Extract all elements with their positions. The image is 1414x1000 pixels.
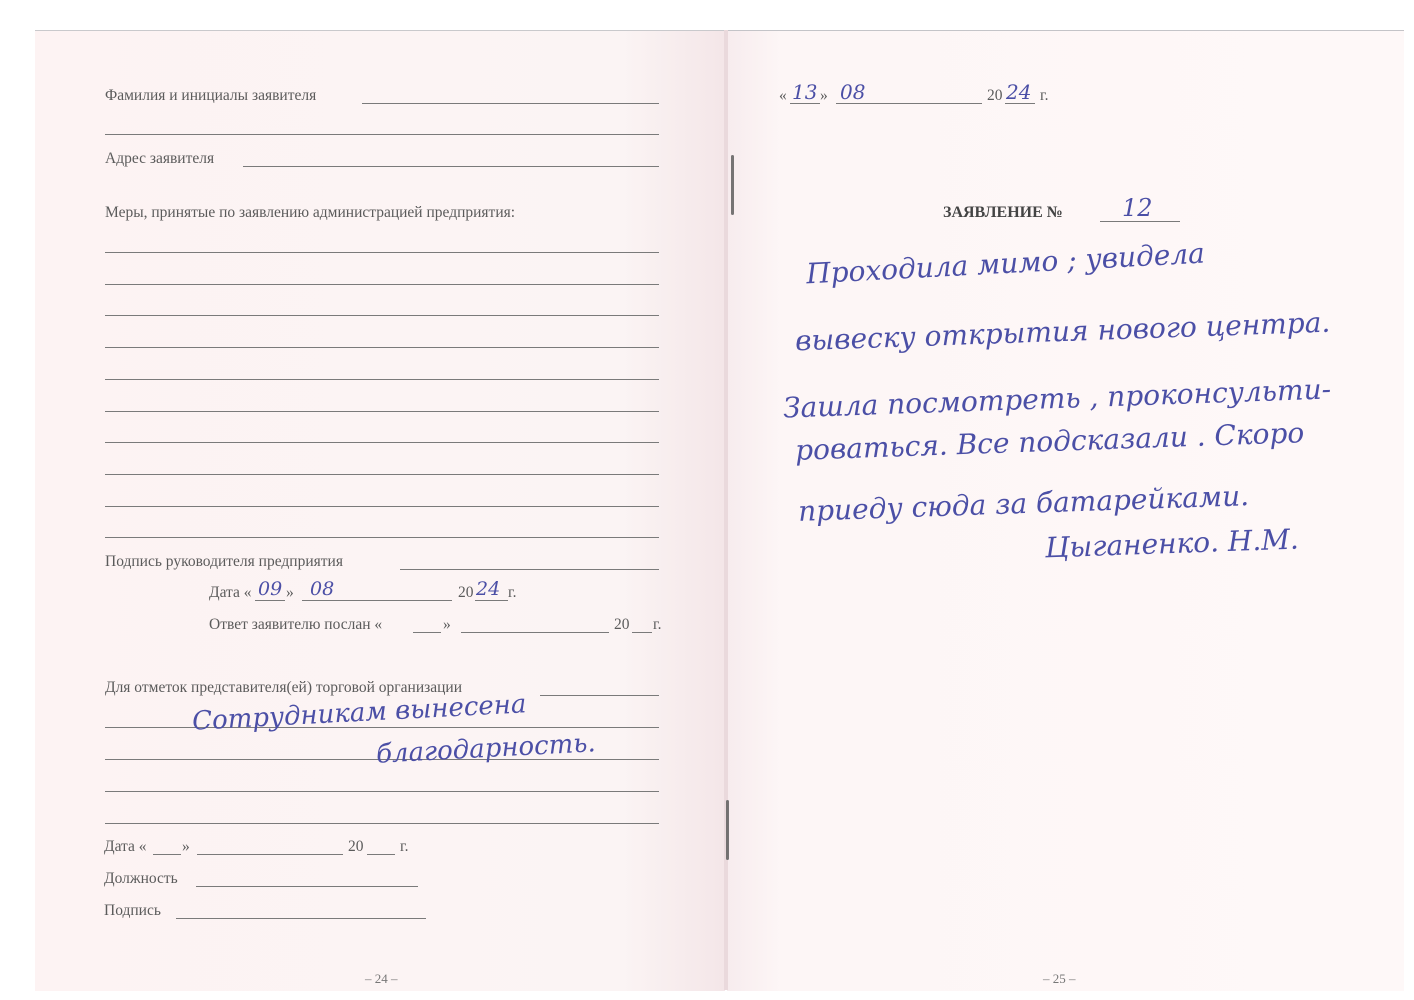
right-date-open-quote: « <box>779 88 787 104</box>
bottom-date-suffix: г. <box>400 839 408 855</box>
trade-rep-line-3[interactable] <box>105 791 659 792</box>
measures-line[interactable] <box>105 537 659 538</box>
date-day-field[interactable] <box>255 600 285 601</box>
date-day-value: 09 <box>258 580 282 599</box>
signature-field[interactable] <box>176 918 426 919</box>
trade-rep-line-4[interactable] <box>105 823 659 824</box>
answer-day-field[interactable] <box>413 632 441 633</box>
page-number-right: – 25 – <box>1043 971 1076 987</box>
bottom-date-year-prefix: 20 <box>348 839 364 855</box>
measures-label: Меры, принятые по заявлению администраци… <box>105 205 515 221</box>
date-year-value: 24 <box>476 580 500 599</box>
measures-line[interactable] <box>105 252 659 253</box>
trade-rep-label: Для отметок представителя(ей) торговой о… <box>105 680 462 696</box>
measures-line[interactable] <box>105 474 659 475</box>
right-date-year-prefix: 20 <box>987 88 1003 104</box>
position-field[interactable] <box>196 886 418 887</box>
position-label: Должность <box>104 871 178 887</box>
answer-month-field[interactable] <box>461 632 609 633</box>
bottom-date-close-quote: » <box>182 839 190 855</box>
staple-bottom <box>726 800 729 860</box>
answer-close-quote: » <box>443 617 451 633</box>
staple-top <box>731 155 734 215</box>
date-month-value: 08 <box>310 580 334 599</box>
manager-signature-label: Подпись руководителя предприятия <box>105 554 343 570</box>
measures-line[interactable] <box>105 379 659 380</box>
trade-rep-field[interactable] <box>540 695 659 696</box>
answer-sent-label: Ответ заявителю послан « <box>209 617 382 633</box>
statement-number: 12 <box>1122 196 1153 220</box>
bottom-date-prefix: Дата « <box>104 839 147 855</box>
measures-line[interactable] <box>105 411 659 412</box>
date-year-prefix: 20 <box>458 585 474 601</box>
manager-signature-field[interactable] <box>400 569 659 570</box>
answer-year-field[interactable] <box>632 632 652 633</box>
page-number-left: – 24 – <box>365 971 398 987</box>
bottom-date-year-field[interactable] <box>367 854 395 855</box>
bottom-date-day-field[interactable] <box>153 854 181 855</box>
applicant-name-field[interactable] <box>362 103 659 104</box>
right-date-day-value: 13 <box>792 82 817 102</box>
answer-suffix: г. <box>653 617 661 633</box>
measures-line[interactable] <box>105 347 659 348</box>
measures-line[interactable] <box>105 315 659 316</box>
date-month-field[interactable] <box>302 600 452 601</box>
signature-label: Подпись <box>104 903 161 919</box>
measures-line[interactable] <box>105 442 659 443</box>
measures-line[interactable] <box>105 284 659 285</box>
measures-line[interactable] <box>105 506 659 507</box>
bottom-date-month-field[interactable] <box>197 854 343 855</box>
date-suffix: г. <box>508 585 516 601</box>
right-date-close-quote: » <box>820 88 828 104</box>
applicant-name-label: Фамилия и инициалы заявителя <box>105 88 316 104</box>
right-date-month-value: 08 <box>840 82 865 102</box>
date-close-quote: » <box>286 585 294 601</box>
applicant-address-label: Адрес заявителя <box>105 151 214 167</box>
applicant-signature: Цыганенко. Н.М. <box>1045 526 1300 563</box>
trade-rep-line-1[interactable] <box>105 727 659 728</box>
date-prefix: Дата « <box>209 585 252 601</box>
date-year-field[interactable] <box>475 600 508 601</box>
applicant-name-field-2[interactable] <box>105 134 659 135</box>
right-date-year-value: 24 <box>1006 82 1031 102</box>
statement-title: ЗАЯВЛЕНИЕ № <box>943 205 1063 221</box>
right-date-suffix: г. <box>1040 88 1048 104</box>
answer-year-prefix: 20 <box>614 617 630 633</box>
applicant-address-field[interactable] <box>243 166 659 167</box>
